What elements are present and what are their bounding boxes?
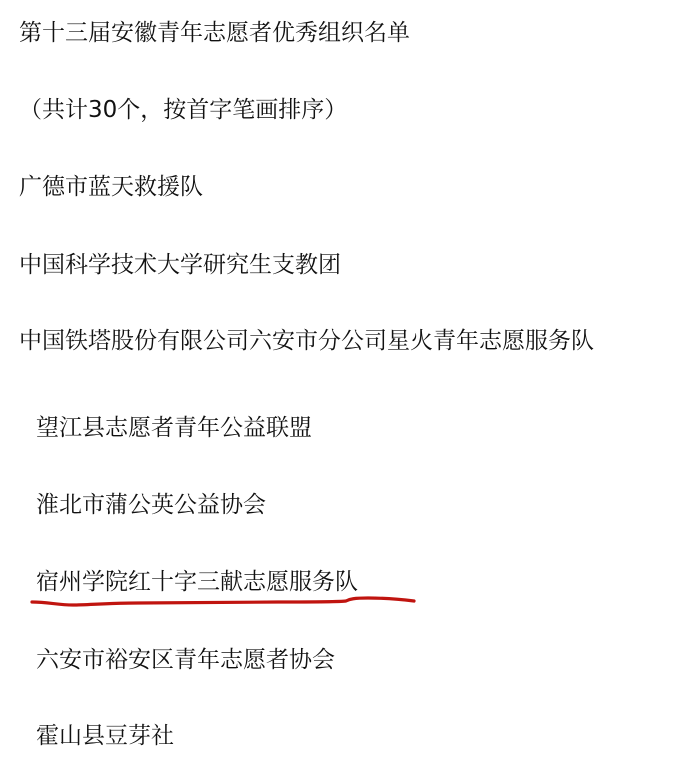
document-subtitle: （共计30个，按首字笔画排序） [19, 95, 347, 125]
list-item: 六安市裕安区青年志愿者协会 [36, 645, 335, 675]
list-item: 中国科学技术大学研究生支教团 [19, 250, 341, 280]
list-item-highlighted: 宿州学院红十字三献志愿服务队 [36, 567, 358, 597]
list-item: 中国铁塔股份有限公司六安市分公司星火青年志愿服务队 [19, 326, 594, 356]
list-item: 淮北市蒲公英公益协会 [36, 490, 266, 520]
red-underline-annotation [28, 596, 418, 612]
list-item: 望江县志愿者青年公益联盟 [36, 413, 312, 443]
document-title: 第十三届安徽青年志愿者优秀组织名单 [19, 18, 410, 48]
list-item: 霍山县豆芽社 [36, 721, 174, 751]
list-item: 广德市蓝天救援队 [19, 172, 203, 202]
